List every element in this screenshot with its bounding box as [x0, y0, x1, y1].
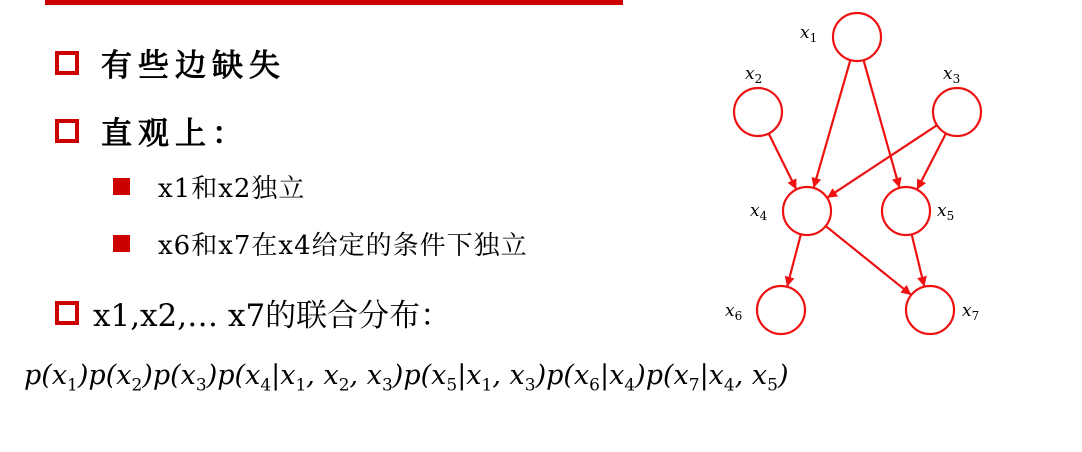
- node-label-x6: x6: [725, 301, 742, 323]
- edge-x4-x6: [787, 234, 801, 286]
- hollow-square-bullet-icon: [55, 301, 79, 325]
- formula-term: p(x7|x4, x5): [646, 360, 789, 391]
- formula-term: p(x5|x1, x3): [403, 360, 546, 391]
- node-x7: [906, 286, 954, 334]
- bullet-text: 直观上：: [101, 108, 249, 153]
- joint-distribution-formula: p(x1)p(x2)p(x3)p(x4|x1, x2, x3)p(x5|x1, …: [24, 360, 789, 395]
- edge-x1-x4: [814, 60, 850, 187]
- bullet-text: x6和x7在x4给定的条件下独立: [158, 225, 528, 262]
- bullet-intuitively: 直观上：: [55, 108, 249, 153]
- node-x5: [882, 187, 930, 235]
- node-x3: [933, 88, 981, 136]
- node-x1: [833, 13, 881, 61]
- edge-x3-x4: [828, 125, 937, 197]
- bullet-joint-distribution: x1,x2,… x7的联合分布：: [55, 290, 451, 335]
- node-label-x3: x3: [943, 64, 960, 86]
- node-x2: [734, 88, 782, 136]
- hollow-square-bullet-icon: [55, 119, 79, 143]
- bullet-missing-edges: 有些边缺失: [55, 40, 286, 85]
- sub-bullet-x6-x7-conditional: x6和x7在x4给定的条件下独立: [113, 225, 528, 262]
- bullet-text: x1,x2,… x7的联合分布：: [93, 290, 451, 335]
- formula-term: p(x3): [153, 360, 217, 391]
- node-label-x7: x7: [962, 301, 979, 323]
- sub-bullet-x1-x2-independent: x1和x2独立: [113, 168, 305, 205]
- node-label-x1: x1: [800, 23, 817, 45]
- node-label-x4: x4: [750, 201, 768, 223]
- node-label-x5: x5: [937, 201, 954, 223]
- title-underline-bar: [45, 0, 623, 5]
- node-x6: [757, 286, 805, 334]
- formula-term: p(x6|x4): [546, 360, 646, 391]
- hollow-square-bullet-icon: [55, 51, 79, 75]
- bullet-text: 有些边缺失: [101, 40, 286, 85]
- formula-term: p(x1): [24, 360, 88, 391]
- node-x4: [783, 187, 831, 235]
- node-label-x2: x2: [745, 64, 762, 86]
- filled-square-bullet-icon: [113, 178, 130, 195]
- edge-x2-x4: [769, 134, 796, 189]
- edge-x5-x7: [912, 234, 924, 285]
- bullet-text: x1和x2独立: [158, 168, 305, 205]
- filled-square-bullet-icon: [113, 235, 130, 252]
- bayesian-network-diagram: x1x2x3x4x5x6x7: [700, 0, 1082, 345]
- edge-x1-x5: [864, 60, 900, 187]
- formula-term: p(x2): [88, 360, 152, 391]
- formula-term: p(x4|x1, x2, x3): [217, 360, 403, 391]
- edge-x4-x7: [826, 226, 911, 294]
- edge-x3-x5: [917, 133, 946, 188]
